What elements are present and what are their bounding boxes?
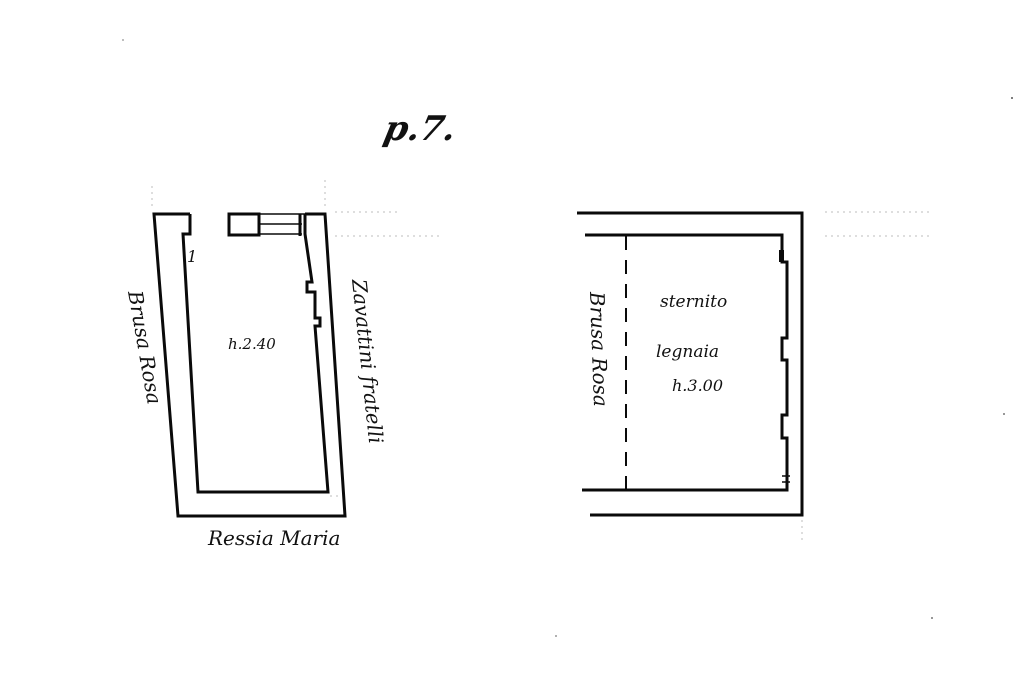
label-neighbor-left-right-plan: Brusa Rosa xyxy=(585,290,613,407)
outer-wall-left xyxy=(154,214,345,516)
plan-right: Brusa Rosa sternito legnaia h.3.00 xyxy=(577,212,930,540)
label-neighbor-right: Zavattini fratelli xyxy=(347,277,388,445)
window-block xyxy=(229,214,259,235)
room-use-line-2: legnaia xyxy=(656,342,719,362)
inner-wall-right xyxy=(582,235,787,490)
room-marker: 1 xyxy=(187,247,197,266)
room-height-left: h.2.40 xyxy=(228,335,276,353)
plan-left: 1 h.2.40 Brusa Rosa Zavattini fratelli R… xyxy=(123,180,440,550)
room-height-right: h.3.00 xyxy=(672,376,723,395)
page-label: p.7. xyxy=(380,109,459,149)
label-neighbor-bottom: Ressia Maria xyxy=(207,526,340,550)
inner-wall-left xyxy=(183,214,328,492)
room-use-line-1: sternito xyxy=(660,292,727,312)
floor-plan-sheet: p.7. 1 h.2.40 Brusa Rosa Zavattini frate… xyxy=(0,0,1024,682)
